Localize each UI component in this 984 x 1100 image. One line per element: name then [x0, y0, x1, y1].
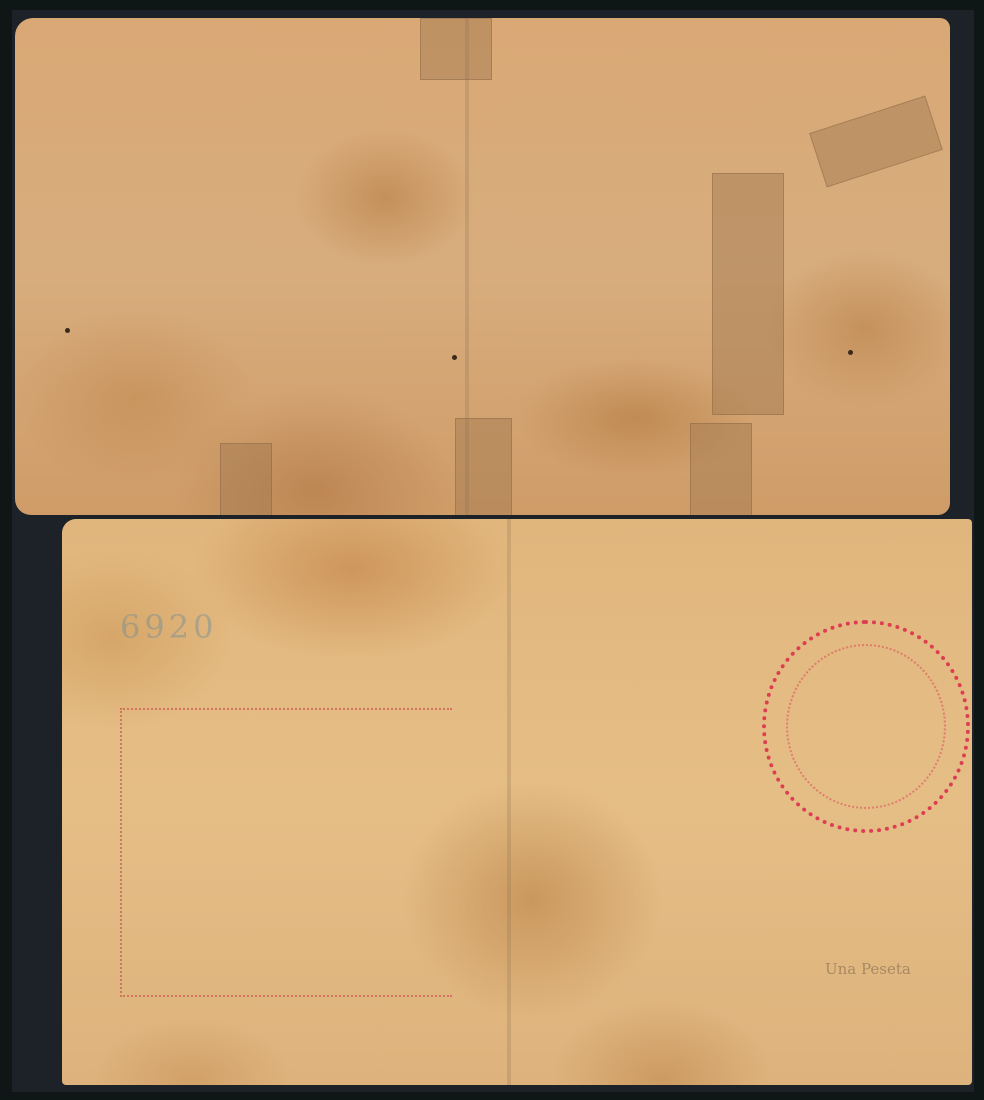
- tape-strip: [690, 423, 752, 515]
- tape-strip: [712, 173, 784, 415]
- red-dotted-frame: [120, 708, 452, 997]
- tape-strip: [220, 443, 272, 515]
- tape-strip: [420, 18, 492, 80]
- tape-strip: [455, 418, 512, 515]
- tape-strip: [809, 96, 943, 188]
- hole-mark: [452, 355, 457, 360]
- serial-number: 6920: [120, 608, 217, 646]
- red-circular-stamp: [762, 620, 970, 833]
- top-banknote: [15, 18, 950, 515]
- denomination-text: Una Peseta: [825, 960, 911, 978]
- center-fold: [507, 519, 511, 1085]
- hole-mark: [65, 328, 70, 333]
- center-fold: [465, 18, 469, 515]
- stamp-inner-ring: [786, 644, 946, 809]
- hole-mark: [848, 350, 853, 355]
